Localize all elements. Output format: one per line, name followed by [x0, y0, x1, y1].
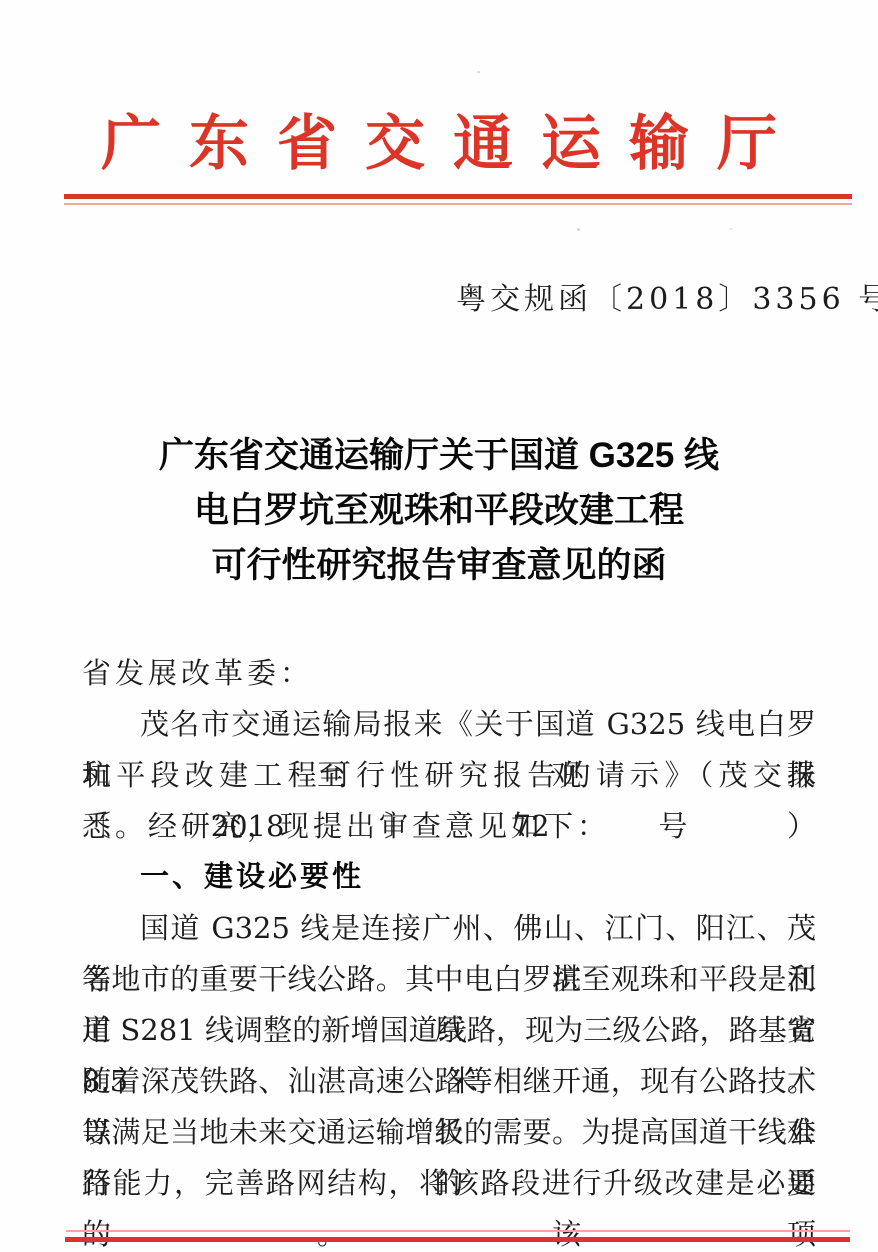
- footer-rule-thin: [66, 1230, 850, 1232]
- body-line: 随着深茂铁路、汕湛高速公路等相继开通，现有公路技术等级难: [82, 1056, 816, 1107]
- letterhead-rule-thin: [64, 203, 852, 205]
- body-line: 国道 G325 线是连接广州、佛山、江门、阳江、茂名、湛江: [82, 903, 816, 954]
- document-number: 粤交规函〔2018〕3356 号: [456, 283, 878, 317]
- letterhead-org-name: 广东省交通运输厅: [0, 112, 878, 176]
- body-line: 以满足当地未来交通运输增长的需要。为提高国道干线公路的通: [82, 1107, 816, 1158]
- salutation: 省发展改革委：: [82, 648, 816, 699]
- section-heading: 一、建设必要性: [82, 852, 816, 903]
- scan-speck: [477, 71, 480, 73]
- scan-speck: [577, 228, 580, 231]
- document-title-line-2: 电白罗坑至观珠和平段改建工程: [0, 483, 878, 538]
- body-line: 茂名市交通运输局报来《关于国道 G325 线电白罗坑至观珠: [82, 699, 816, 750]
- document-page: 广东省交通运输厅 粤交规函〔2018〕3356 号 广东省交通运输厅关于国道 G…: [0, 0, 878, 1252]
- letterhead-rule-thick: [64, 194, 852, 199]
- body-line: 等地市的重要干线公路。其中电白罗坑至观珠和平段是利用原省: [82, 954, 816, 1005]
- document-title: 广东省交通运输厅关于国道 G325 线 电白罗坑至观珠和平段改建工程 可行性研究…: [0, 428, 878, 593]
- document-title-line-3: 可行性研究报告审查意见的函: [0, 538, 878, 593]
- scan-speck: [729, 228, 733, 230]
- footer-rule-thick: [65, 1237, 850, 1242]
- body-line: 和平段改建工程可行性研究报告的请示》（茂交报〔2018〕72 号）: [82, 750, 816, 801]
- body-line: 道 S281 线调整的新增国道线路，现为三级公路，路基宽 8.5 米。: [82, 1005, 816, 1056]
- letter-body: 省发展改革委： 茂名市交通运输局报来《关于国道 G325 线电白罗坑至观珠 和平…: [82, 648, 816, 1209]
- document-title-line-1: 广东省交通运输厅关于国道 G325 线: [0, 428, 878, 483]
- body-line: 行能力，完善路网结构，将该路段进行升级改建是必要的。该项: [82, 1158, 816, 1209]
